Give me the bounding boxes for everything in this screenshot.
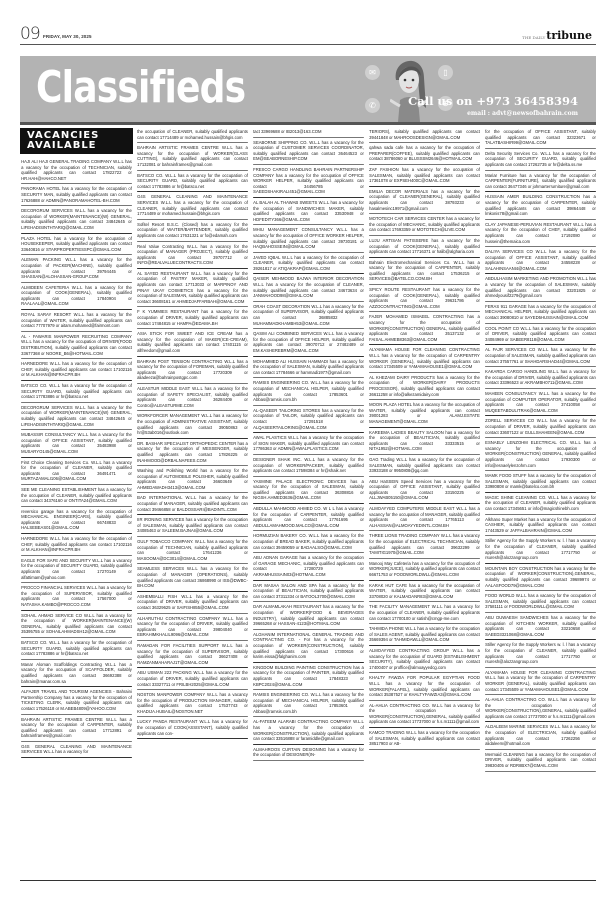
classified-ad: AL-AHLIA CONTRACTING CO. W.L.L has a vac… — [369, 702, 480, 728]
page-header: 09 FRIDAY, MAY 30, 2025 THE DAILYtribune — [20, 26, 596, 45]
column-1: VACANCIES AVAILABLE HAJI ALI HAJI GENERA… — [20, 128, 133, 880]
page-number: 09 — [20, 26, 40, 43]
classified-ad: SPICY ROUTE RESTAURANT has a vacancy for… — [369, 286, 480, 312]
classified-ad: reversico garage has a vacancy for the o… — [21, 508, 132, 534]
classified-ad: FAJER MOHAMED ISMAEEL CONTRACTING has a … — [369, 313, 480, 345]
classified-ad: AL BALAH AL THAWAB SWEETS W.L.L has a va… — [253, 199, 364, 225]
classified-ad: HAJI ALI HAJI GENERAL TRADING COMPANY W.… — [21, 158, 132, 184]
classified-ad: ALHARUTHU CONTRACTING COMPANY W.L.L has … — [137, 615, 248, 641]
classified-ad: DECORGRUM SERVICES W.L.L has a vacancy f… — [21, 207, 132, 233]
classified-ad: BATSCO CO. W.L.L has a vacancy for the o… — [21, 639, 132, 660]
classified-ad: DALIYA SERVICES CO W.L.L has a vacancy f… — [485, 248, 596, 274]
classified-ad: ALEMAN PACKING W.L.L has a vacancy for t… — [21, 256, 132, 282]
classified-ad: ALMOAYYED CONTRACTING GROUP W.L.L has a … — [369, 647, 480, 673]
mail-icon: ✉ — [365, 65, 380, 80]
classified-ad: AL SAYED RESTAURANT W.L.L has a vacancy … — [137, 270, 248, 308]
classified-ad: KAREEMA LADIES BEAUTY SALOON has a vacan… — [369, 429, 480, 455]
classified-ad: Bahrain Electromechanical Services Co. W… — [369, 259, 480, 285]
classified-ad: DAR MASAA SALON AND SPA has a vacancy fo… — [253, 582, 364, 603]
classified-ad: WORKFORCER MANAGEMENT W.L.L has a vacanc… — [137, 412, 248, 438]
classified-ad: MHIU MANAGEMENT CONSULTANCY W.L.L has a … — [253, 226, 364, 252]
classified-ad: G4S GENERAL CLEANING AND MAINTENANCE SER… — [137, 193, 248, 219]
classified-ad: HORMUZIAN BAKERY CO. W.L.L has a vacancy… — [253, 532, 364, 553]
classified-ad: THE FACILITY MANAGEMENT W.L.L has a vaca… — [369, 603, 480, 624]
classified-ad: QAISER MEHMOOD BAJWA INTERIOR DECORATION… — [253, 275, 364, 301]
classified-ad: ORAH COAST DECORATION W.L.L has a vacanc… — [253, 303, 364, 329]
classified-ad: ALMAHROOS CURTAIN DESIGNING has a vacanc… — [253, 746, 364, 761]
brand-logo: THE DAILYtribune — [522, 29, 592, 42]
classified-ad: FERAS 911 GARAGE has a vacancy for the o… — [485, 303, 596, 324]
classified-ad: G4S GENERAL CLEANING AND MAINTENANCE SER… — [21, 743, 132, 758]
classified-ad: AWAL PLASTICS W.L.L has a vacancy for th… — [253, 434, 364, 455]
classified-ad: ASHEMBALLI FISH W.L.L has a vacancy for … — [137, 593, 248, 614]
classified-ad: Sofitel Resort B.S.C. (Closed) has a vac… — [137, 221, 248, 242]
classified-ad: KHALTY FAWZIA FOR POPULAR EGYPTIAN FOOD … — [369, 674, 480, 700]
classified-ad: ALGHANIM INTERNATIONAL GENERAL TRADING A… — [253, 631, 364, 663]
classified-ad: SEABORNE SHIPPING CO. W.L.L has a vacanc… — [253, 139, 364, 165]
classified-ad: ALMIDEEN CAFETERIA W.L.L has a vacancy f… — [21, 284, 132, 310]
classified-ad: ESNAELY LENZOHM ELECTRICAL CO. W.L.L has… — [485, 439, 596, 471]
ad-list: the occupation of CLEANER, suitably qual… — [136, 128, 249, 739]
classified-ad: HUSSAIN AMER BUILDING CONSTRUCTION has a… — [485, 193, 596, 219]
contact-email: email : advt@newsofbahrain.com — [467, 110, 578, 117]
column-4: TERIORS), suitably qualified applicants … — [368, 128, 481, 880]
classified-ad: ALDALEEM MARINE SERVICES W.L.L has a vac… — [485, 723, 596, 749]
classified-ad: PLAZA HOTEL has a vacancy for the occupa… — [21, 235, 132, 256]
classified-ad: KINGDOM BUILDING PAINTING CONSTRUCTION h… — [253, 664, 364, 690]
classified-ad: Real Value Contracting W.L.L has a vacan… — [137, 243, 248, 269]
classified-ad: Delta Security Services Co. W.L.L has a … — [485, 150, 596, 171]
classified-ad: ROYAL SARAY RESORT W.L.L has a vacancy f… — [21, 311, 132, 332]
classified-ad: ALEASTUR MIDDLE EAST W.L.L has a vacancy… — [137, 385, 248, 411]
classified-ad: DESIGNER SHAIK INC. W.L.L has a vacancy … — [253, 456, 364, 477]
classified-ad: GAG Trading W.L.L has a vacancy for the … — [369, 456, 480, 477]
classified-ad: Alkhano Super Market has a vacancy for t… — [485, 516, 596, 537]
classified-ad: for the occupation of OFFICE ASSISTANT, … — [485, 128, 596, 149]
classified-ad: LUCKY PANDA RESTAURANT W.L.L has a vacan… — [137, 718, 248, 739]
classified-ad: MAMK FOOD STUFF has a vacancy for the oc… — [485, 472, 596, 493]
classified-ad: Manar Aloman Scaffoldings Contracting W.… — [21, 661, 132, 687]
woman-illustration-icon — [390, 50, 428, 122]
classified-ad: AL FAJR SERVICES CO W.L.L has a vacancy … — [485, 346, 596, 367]
classified-ad: BAHRAIN POST TENSION CONTRACTING W.L.L h… — [137, 358, 248, 384]
classified-ad: BAHRAIN ARTISTIC FRAMES CENTRE W.L.L has… — [137, 144, 248, 170]
classified-ad: HARNEDORE W.L.L has a vacancy for the oc… — [21, 360, 132, 381]
phone-icon: ✆ — [365, 98, 380, 113]
classified-ad: EMILIA DECOR MATERIALS has a vacancy for… — [369, 188, 480, 214]
classified-ad: MOUNTAIN BOY CONSTRUCTION has a vacancy … — [485, 565, 596, 591]
classified-ad: Mariar Furniture has a vacancy for the o… — [485, 172, 596, 193]
issue-date: FRIDAY, MAY 30, 2025 — [43, 34, 92, 39]
classified-ad: ABDULLA MAHMOOD AHMED CO. W L L has a va… — [253, 505, 364, 531]
classified-ad: ABU USMAN 222 PACKING W.L.L has a vacanc… — [137, 669, 248, 690]
classified-ad: LUJU ARTISAN PATISSERIE has a vacancy fo… — [369, 237, 480, 258]
classified-ad: YASMINE PALACE ELECTRONIC DEVICES has a … — [253, 478, 364, 504]
classified-ad: TERIORS), suitably qualified applicants … — [369, 128, 480, 143]
classified-ad: AL-AHLIA CONTRACTING CO. W.L.L has a vac… — [485, 696, 596, 722]
classified-ad: First Choice Cleaning Services Co. W.L.L… — [21, 459, 132, 485]
classified-ad: MUBASSIR CONSULTANCY W.L.L has a vacancy… — [21, 431, 132, 457]
classified-ad: qahwa sada cafe has a vacancy for the oc… — [369, 144, 480, 165]
classified-ad: the occupation of CLEANER, suitably qual… — [137, 128, 248, 143]
classified-ad: TAHMIDA PHONE W.L.L has a vacancy for th… — [369, 625, 480, 646]
classified-ad: ALMOAYYED COMPUTERS MIDDLE EAST W.L.L ha… — [369, 505, 480, 531]
classified-ad: ABU DUWAESH SANDWICHES has a vacancy for… — [485, 614, 596, 640]
column-3: tact 33969688 or IB2013@163.COMSEABORNE … — [252, 128, 365, 880]
section-label: VACANCIES AVAILABLE — [20, 128, 133, 154]
ad-list: HAJI ALI HAJI GENERAL TRADING COMPANY W.… — [20, 158, 133, 758]
classified-ad: BATSCO CO. W.L.L has a vacancy for the o… — [137, 172, 248, 193]
classified-ad: GULF TOBACCO COMPANY. W.L.L has a vacanc… — [137, 538, 248, 564]
classified-ad: MAGIC SHINE CLEANING CO. W.L.L has a vac… — [485, 494, 596, 515]
ad-list: tact 33969688 or IB2013@163.COMSEABORNE … — [252, 128, 365, 761]
classified-ad: ABU HaSSEIN Speed Services has a vacancy… — [369, 478, 480, 504]
classified-ad: AL KHEZAMI DAIRY PRODUCTS has a vacancy … — [369, 374, 480, 400]
classified-ad: EAGLE FOR SAFE AND SECURITY W.L.L has a … — [21, 557, 132, 583]
brand-prefix: THE DAILY — [522, 35, 545, 40]
classified-ad: AL-FATEEM ALARABI CONTRACTING COMPANY W.… — [253, 718, 364, 744]
classified-ad: AL - FAWARIS MANPOWER RECRUITING COMPANY… — [21, 333, 132, 359]
classified-ad: SEE ME CLEANING ESTABLISHMENT has a vaca… — [21, 486, 132, 507]
classified-ad: HARNEDORE W.L.L has a vacancy for the oc… — [21, 535, 132, 556]
call-number: Call us on +973 36458394 — [408, 94, 578, 108]
classified-ad: PANORAMA HOTEL has a vacancy for the occ… — [21, 185, 132, 206]
column-6: for the occupation of OFFICE ASSISTANT, … — [484, 128, 597, 880]
classified-ad: QASIM ALI COMBINED SERVICES W.L.L has a … — [253, 330, 364, 356]
classified-ad: DR. BASHAR SPECIALIST ORTHOPEDIC CENTER … — [137, 440, 248, 466]
classified-ad: ALYAMAMA HOUSE FOR CLEANING CONTRACTING … — [369, 346, 480, 372]
classified-ad: SEAMLESS SERVICES W.L.L has a vacancy fo… — [137, 565, 248, 591]
ad-list: for the occupation of OFFICE ASSISTANT, … — [484, 128, 597, 772]
classified-ad: ALFAJER TRAVEL AND TOURISM AGENCIES - Ba… — [21, 688, 132, 714]
classified-ad: ALYAMAMA HOUSE FOR CLEANING CONTRACTING … — [485, 669, 596, 695]
classified-ad: ASIA STICK FOR SWEET AND ICE CREAM has a… — [137, 330, 248, 356]
classified-ad: ZORELL SERVICES CO W.L.L has a vacancy f… — [485, 417, 596, 438]
classified-ad: KAKARDA CARGO HANDLING W.L.L has a vacan… — [485, 368, 596, 389]
classified-ad: FRESCO CARGO HANDLING BAHRAIN PARTNERSHI… — [253, 166, 364, 198]
classified-ad: Washing and Polishing World has a vacanc… — [137, 467, 248, 493]
classified-ad: CLAY JAPANESE-PERUVIAN RESTAURANT W.L.L … — [485, 221, 596, 247]
classified-ad: PROCCO FINANCIAL SERVICES W.L.L has a va… — [21, 584, 132, 610]
classified-ad: MOHAMMED ALI HUSSAIN HAMMADI has a vacan… — [253, 358, 364, 379]
classified-ad: AL-QASEER TAILORING STORES has a vacancy… — [253, 407, 364, 433]
classified-ad: DECORGRUM SERVICES W.L.L has a vacancy f… — [21, 404, 132, 430]
classified-ad: RAMSIS ENGINEERING CO. W.L.L has a vacan… — [253, 379, 364, 405]
classified-ad: Mermaid CLEANING has a vacancy for the o… — [485, 751, 596, 772]
classified-ad: DAR ALMAMLAKAH RESTAURANT has a vacancy … — [253, 603, 364, 629]
brand-name: tribune — [546, 29, 592, 42]
classified-ad: JAVED IQBAL W.L.L has a vacancy for the … — [253, 254, 364, 275]
classified-ad: BATSCO CO. W.L.L has a vacancy for the o… — [21, 382, 132, 403]
classified-ad: ZAF FASHION has a vacancy for the occupa… — [369, 166, 480, 187]
classified-ad: THREE LIONS TRADING COMPANY W.L.L has a … — [369, 532, 480, 558]
classified-ad: F K YUMMIES RESTAURANT has a vacancy for… — [137, 308, 248, 329]
classified-ad: RAMSIS ENGINEERING CO. W.L.L has a vacan… — [253, 691, 364, 717]
classified-ad: KAMCO TRADING W.L.L has a vacancy for th… — [369, 729, 480, 750]
classified-columns: VACANCIES AVAILABLE HAJI ALI HAJI GENERA… — [20, 128, 597, 880]
page-title: Classifieds — [36, 62, 245, 113]
ad-list: TERIORS), suitably qualified applicants … — [368, 128, 481, 750]
classified-ad: SOHAIL AHMAD SERVICE CO W.L.L has a vaca… — [21, 612, 132, 638]
classified-ad: FOOD WORLD W.L.L has a vacancy for the o… — [485, 592, 596, 613]
column-2: the occupation of CLEANER, suitably qual… — [136, 128, 249, 880]
classified-ad: NOSTON MANPOWER COMPANY W.L.L has a vaca… — [137, 691, 248, 717]
classified-ad: KARAK HUT CAFE has a vacancy for the occ… — [369, 582, 480, 603]
classified-ad: ABDULHASIM MARKETING AND PROMOTION W.L.L… — [485, 275, 596, 301]
classified-ad: MOTOTECH CAR SERVICES CENTER has a vacan… — [369, 215, 480, 236]
classified-ad: Stiller Agency for the Supply Workers w.… — [485, 537, 596, 563]
classified-ad: COOL POINT CO W.L.L has a vacancy for th… — [485, 325, 596, 346]
classified-ad: ABU ADNAN GARAGE has a vacancy for the o… — [253, 554, 364, 580]
mobile-icon: ▯ — [438, 65, 453, 80]
classified-ad: tact 33969688 or IB2013@163.COM — [253, 128, 364, 138]
classified-ad: IIR IRONING SERVICES has a vacancy for t… — [137, 516, 248, 537]
classified-ad: Manooj May Cafeteria has a vacancy for t… — [369, 560, 480, 581]
classified-ad: MOON PLAZA HOTEL has a vacancy for the o… — [369, 401, 480, 427]
classified-ad: MAHEEN CONSULTANCY W.L.L has a vacancy f… — [485, 390, 596, 416]
classifieds-banner: Classifieds ✉ ✆ ▯ ⊕ Call us on +973 3645… — [20, 56, 596, 125]
classified-ad: Stiller Agency for the Supply Workers w.… — [485, 641, 596, 667]
classified-ad: BAD INTERNATIONAL W.L.L has a vacancy fo… — [137, 494, 248, 515]
classified-ad: BAHRAIN ARTISTIC FRAMES CENTRE W.L.L has… — [21, 716, 132, 742]
classified-ad: RAMADAN FOR FACILITIES SUPPORT W.L.L has… — [137, 642, 248, 668]
bottom-rule — [20, 880, 596, 881]
